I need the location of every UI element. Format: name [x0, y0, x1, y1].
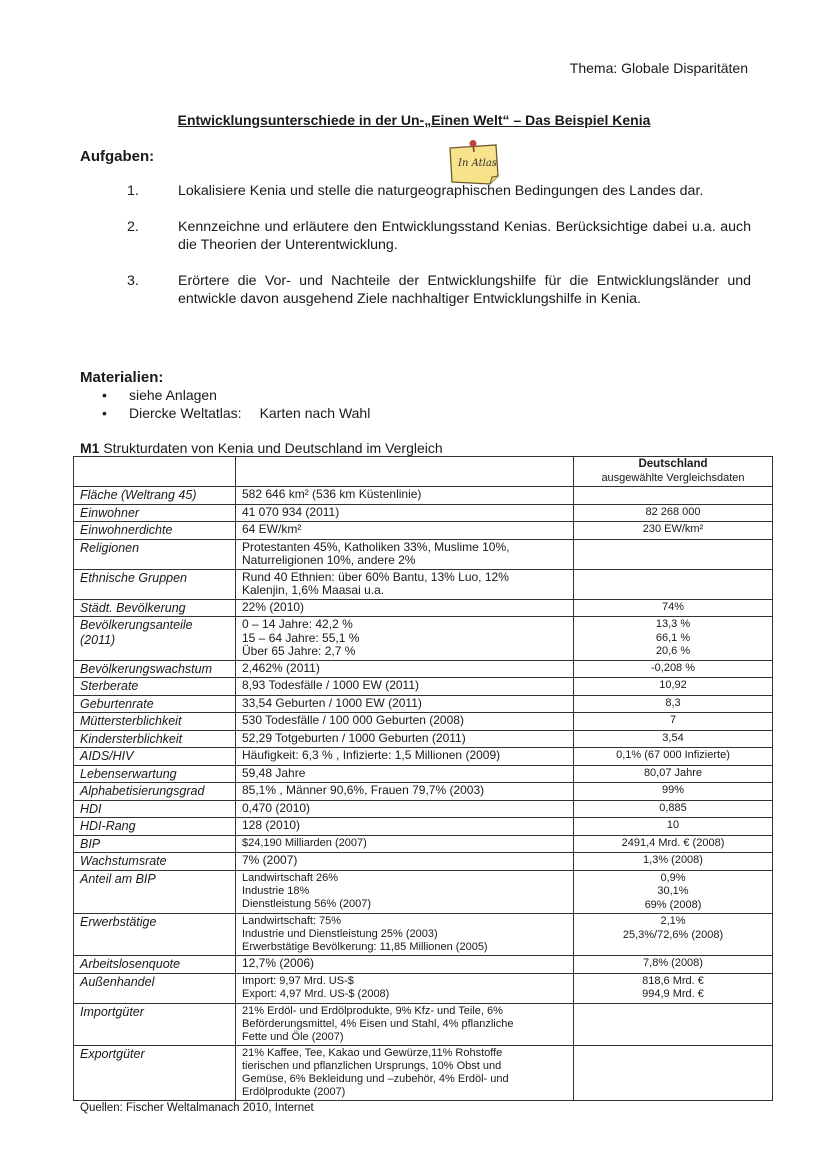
pinned-note-icon: In Atlas [444, 140, 502, 186]
germany-value [574, 1003, 773, 1045]
page-title: Entwicklungsunterschiede in der Un-„Eine… [0, 112, 828, 128]
kenia-value: 22% (2010) [236, 599, 574, 617]
kenia-value: Landwirtschaft: 75%Industrie und Dienstl… [236, 914, 574, 956]
row-label: Einwohner [74, 504, 236, 522]
row-label: Sterberate [74, 678, 236, 696]
germany-value: 2,1%25,3%/72,6% (2008) [574, 914, 773, 956]
row-label: Fläche (Weltrang 45) [74, 487, 236, 505]
germany-value: 3,54 [574, 730, 773, 748]
row-label: Bevölkerungsanteile(2011) [74, 617, 236, 661]
table-row: Lebenserwartung59,48 Jahre80,07 Jahre [74, 765, 773, 783]
germany-value: 82 268 000 [574, 504, 773, 522]
row-label: Erwerbstätige [74, 914, 236, 956]
germany-header-title: Deutschland [580, 458, 766, 472]
row-label: Müttersterblichkeit [74, 713, 236, 731]
kenia-value: Rund 40 Ethnien: über 60% Bantu, 13% Luo… [236, 569, 574, 599]
task-number: 1. [127, 182, 139, 200]
table-row: BIP$24,190 Milliarden (2007)2491,4 Mrd. … [74, 835, 773, 853]
germany-value: 8,3 [574, 695, 773, 713]
row-label: Ethnische Gruppen [74, 569, 236, 599]
task-text: Lokalisiere Kenia und stelle die naturge… [178, 182, 751, 200]
kenia-value: 7% (2007) [236, 853, 574, 871]
task-text: Erörtere die Vor- und Nachteile der Entw… [178, 272, 751, 308]
row-label: AIDS/HIV [74, 748, 236, 766]
header-cell-label [74, 457, 236, 487]
germany-value: 7,8% (2008) [574, 956, 773, 974]
germany-value [574, 569, 773, 599]
table-row: HDI-Rang128 (2010)10 [74, 818, 773, 836]
row-label: HDI [74, 800, 236, 818]
table-row: Alphabetisierungsgrad85,1% , Männer 90,6… [74, 783, 773, 801]
task-number: 2. [127, 218, 139, 236]
germany-value: 0,885 [574, 800, 773, 818]
kenia-value: 59,48 Jahre [236, 765, 574, 783]
table-row: Einwohner41 070 934 (2011)82 268 000 [74, 504, 773, 522]
germany-value: 13,3 %66,1 %20,6 % [574, 617, 773, 661]
row-label: Alphabetisierungsgrad [74, 783, 236, 801]
table-row: Bevölkerungswachstum2,462% (2011)-0,208 … [74, 660, 773, 678]
row-label: Wachstumsrate [74, 853, 236, 871]
kenia-value: Häufigkeit: 6,3 % , Infizierte: 1,5 Mill… [236, 748, 574, 766]
kenia-value: 530 Todesfälle / 100 000 Geburten (2008) [236, 713, 574, 731]
germany-header-subtitle: ausgewählte Vergleichsdaten [580, 472, 766, 486]
row-label: Arbeitslosenquote [74, 956, 236, 974]
materials-list: • siehe Anlagen • Diercke Weltatlas:Kart… [102, 386, 370, 422]
table-row: Einwohnerdichte64 EW/km²230 EW/km² [74, 522, 773, 540]
row-label: Einwohnerdichte [74, 522, 236, 540]
bullet-icon: • [102, 404, 107, 422]
table-row: Anteil am BIPLandwirtschaft 26%Industrie… [74, 870, 773, 914]
germany-value: 1,3% (2008) [574, 853, 773, 871]
row-label: Geburtenrate [74, 695, 236, 713]
task-text: Kennzeichne und erläutere den Entwicklun… [178, 218, 751, 254]
row-label: Importgüter [74, 1003, 236, 1045]
kenia-value: 0,470 (2010) [236, 800, 574, 818]
table-row: Wachstumsrate7% (2007)1,3% (2008) [74, 853, 773, 871]
table-row: Städt. Bevölkerung22% (2010)74% [74, 599, 773, 617]
note-text: In Atlas [458, 158, 497, 169]
table-row: Bevölkerungsanteile(2011)0 – 14 Jahre: 4… [74, 617, 773, 661]
germany-value: 7 [574, 713, 773, 731]
table-row: Geburtenrate33,54 Geburten / 1000 EW (20… [74, 695, 773, 713]
row-label: Exportgüter [74, 1045, 236, 1100]
germany-value: 10,92 [574, 678, 773, 696]
table-row: Müttersterblichkeit530 Todesfälle / 100 … [74, 713, 773, 731]
germany-value [574, 487, 773, 505]
germany-value: 74% [574, 599, 773, 617]
kenia-value: 582 646 km² (536 km Küstenlinie) [236, 487, 574, 505]
materials-item: • siehe Anlagen [102, 386, 370, 404]
kenia-value: 8,93 Todesfälle / 1000 EW (2011) [236, 678, 574, 696]
kenia-value: 2,462% (2011) [236, 660, 574, 678]
row-label: Lebenserwartung [74, 765, 236, 783]
sources-note: Quellen: Fischer Weltalmanach 2010, Inte… [80, 1102, 314, 1114]
materials-heading: Materialien: [80, 369, 163, 386]
table-row: Sterberate8,93 Todesfälle / 1000 EW (201… [74, 678, 773, 696]
germany-value: -0,208 % [574, 660, 773, 678]
table-row: AußenhandelImport: 9,97 Mrd. US-$Export:… [74, 973, 773, 1003]
table-row: Importgüter21% Erdöl- und Erdölprodukte,… [74, 1003, 773, 1045]
table-row: AIDS/HIVHäufigkeit: 6,3 % , Infizierte: … [74, 748, 773, 766]
kenia-value: 21% Erdöl- und Erdölprodukte, 9% Kfz- un… [236, 1003, 574, 1045]
germany-value: 99% [574, 783, 773, 801]
table-row: ErwerbstätigeLandwirtschaft: 75%Industri… [74, 914, 773, 956]
tasks-heading: Aufgaben: [80, 148, 154, 165]
kenia-value: Landwirtschaft 26%Industrie 18%Dienstlei… [236, 870, 574, 914]
row-label: Kindersterblichkeit [74, 730, 236, 748]
kenia-value: 33,54 Geburten / 1000 EW (2011) [236, 695, 574, 713]
row-label: HDI-Rang [74, 818, 236, 836]
table-header-row: Deutschland ausgewählte Vergleichsdaten [74, 457, 773, 487]
row-label: BIP [74, 835, 236, 853]
row-label: Bevölkerungswachstum [74, 660, 236, 678]
kenia-value: 0 – 14 Jahre: 42,2 %15 – 64 Jahre: 55,1 … [236, 617, 574, 661]
kenia-value: 128 (2010) [236, 818, 574, 836]
row-label: Anteil am BIP [74, 870, 236, 914]
bullet-icon: • [102, 386, 107, 404]
table-row: Fläche (Weltrang 45)582 646 km² (536 km … [74, 487, 773, 505]
row-label: Außenhandel [74, 973, 236, 1003]
kenia-value: 41 070 934 (2011) [236, 504, 574, 522]
germany-value [574, 1045, 773, 1100]
row-label: Städt. Bevölkerung [74, 599, 236, 617]
kenia-value: 64 EW/km² [236, 522, 574, 540]
germany-value: 230 EW/km² [574, 522, 773, 540]
kenia-value: Import: 9,97 Mrd. US-$Export: 4,97 Mrd. … [236, 973, 574, 1003]
table-row: HDI0,470 (2010)0,885 [74, 800, 773, 818]
topic-header: Thema: Globale Disparitäten [570, 60, 748, 76]
table-row: Arbeitslosenquote12,7% (2006)7,8% (2008) [74, 956, 773, 974]
material-label: M1 [80, 440, 99, 456]
germany-value: 2491,4 Mrd. € (2008) [574, 835, 773, 853]
table-row: Ethnische GruppenRund 40 Ethnien: über 6… [74, 569, 773, 599]
kenia-value: $24,190 Milliarden (2007) [236, 835, 574, 853]
kenia-value: 85,1% , Männer 90,6%, Frauen 79,7% (2003… [236, 783, 574, 801]
germany-value: 10 [574, 818, 773, 836]
table-caption: M1 Strukturdaten von Kenia und Deutschla… [80, 440, 443, 456]
germany-value [574, 539, 773, 569]
kenia-value: 52,29 Totgeburten / 1000 Geburten (2011) [236, 730, 574, 748]
table-row: Kindersterblichkeit52,29 Totgeburten / 1… [74, 730, 773, 748]
germany-value: 818,6 Mrd. €994,9 Mrd. € [574, 973, 773, 1003]
germany-value: 80,07 Jahre [574, 765, 773, 783]
kenia-value: 12,7% (2006) [236, 956, 574, 974]
comparison-table: Deutschland ausgewählte Vergleichsdaten … [73, 456, 773, 1101]
header-cell-kenia [236, 457, 574, 487]
table-row: Exportgüter21% Kaffee, Tee, Kakao und Ge… [74, 1045, 773, 1100]
task-number: 3. [127, 272, 139, 290]
row-label: Religionen [74, 539, 236, 569]
germany-value: 0,9%30,1%69% (2008) [574, 870, 773, 914]
germany-value: 0,1% (67 000 Infizierte) [574, 748, 773, 766]
header-cell-germany: Deutschland ausgewählte Vergleichsdaten [574, 457, 773, 487]
materials-item: • Diercke Weltatlas:Karten nach Wahl [102, 404, 370, 422]
table-row: ReligionenProtestanten 45%, Katholiken 3… [74, 539, 773, 569]
kenia-value: 21% Kaffee, Tee, Kakao und Gewürze,11% R… [236, 1045, 574, 1100]
kenia-value: Protestanten 45%, Katholiken 33%, Muslim… [236, 539, 574, 569]
